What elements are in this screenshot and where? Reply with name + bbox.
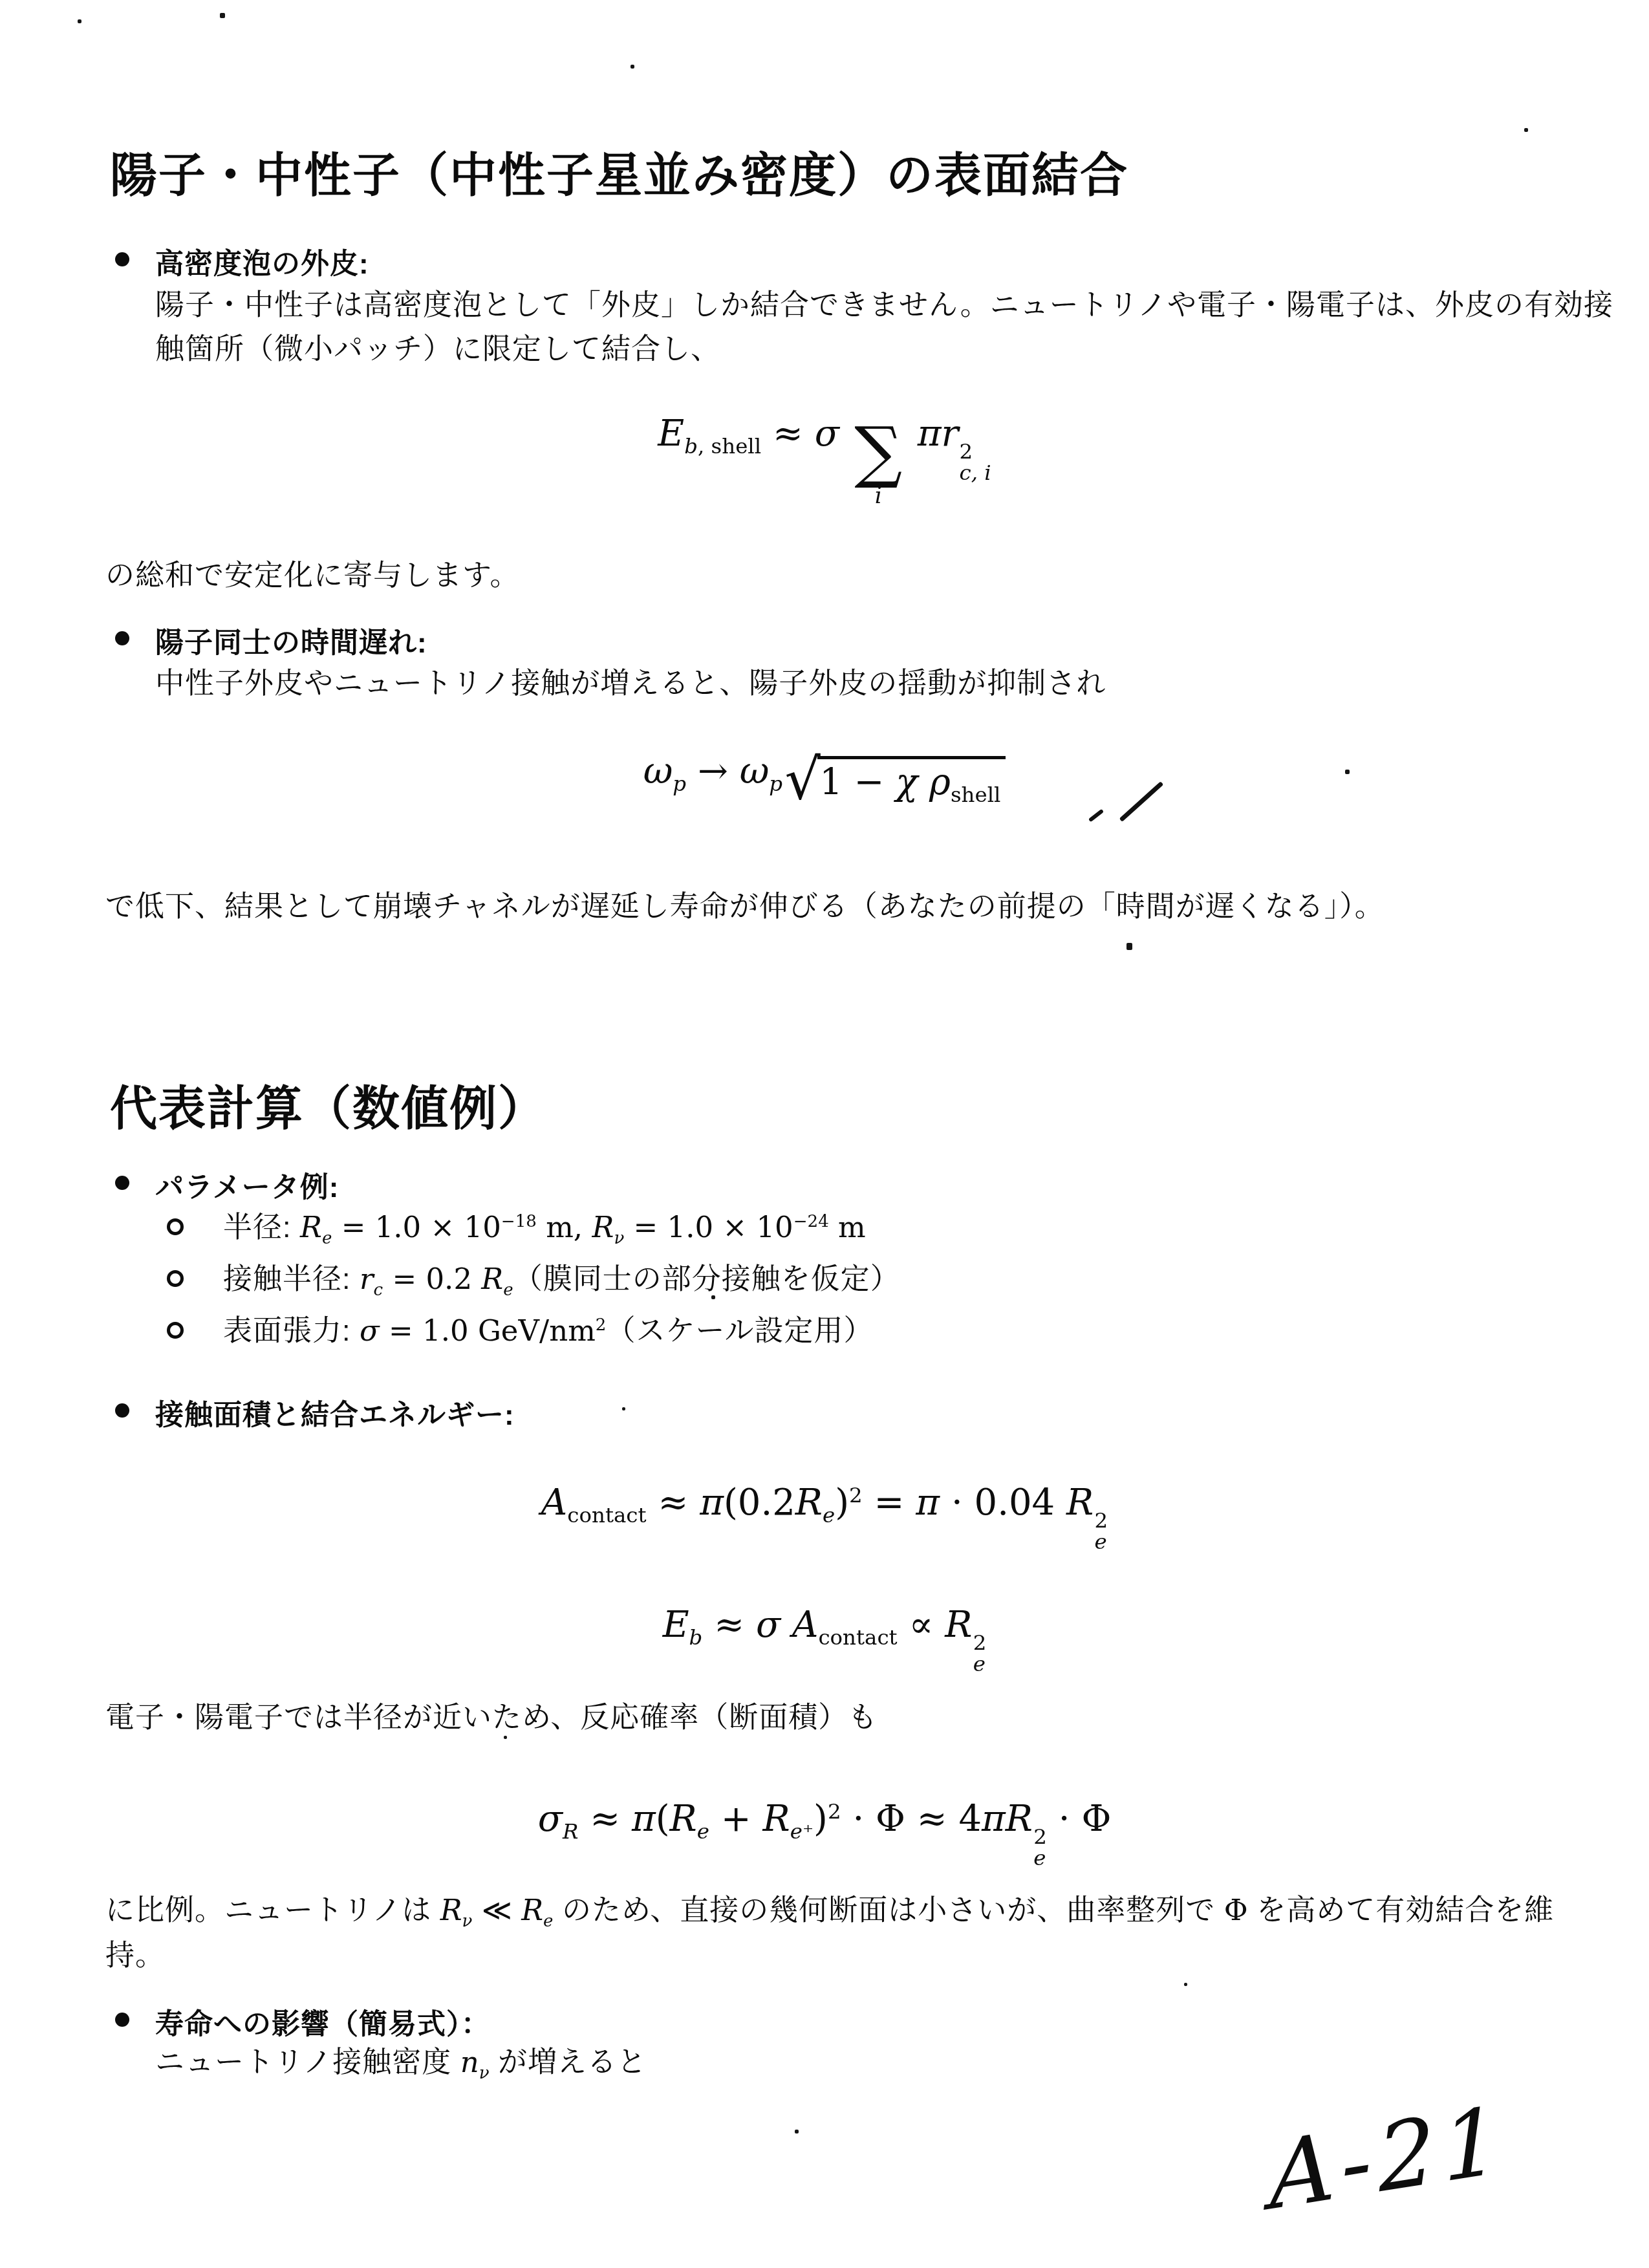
bullet1-line1: 陽子・中性子は高密度泡として「外皮」しか結合できません。ニュートリノや電子・陽電… — [155, 283, 1613, 327]
bullet2-line1: 中性子外皮やニュートリノ接触が増えると、陽子外皮の揺動が抑制され — [155, 662, 1106, 706]
scan-speck — [795, 2130, 799, 2133]
scan-speck — [220, 13, 225, 18]
param-contact-radius-item: 接触半径: rc = 0.2 Re（膜同士の部分接触を仮定） — [223, 1257, 900, 1303]
scan-speck — [1184, 1983, 1187, 1986]
lifetime-line1: ニュートリノ接触密度 nν が増えると — [155, 2040, 647, 2086]
param-surface-tension-item: 表面張力: σ = 1.0 GeV/nm2（スケール設定用） — [223, 1309, 874, 1353]
scan-speck — [1126, 943, 1132, 950]
params-heading: パラメータ例: — [155, 1164, 339, 1205]
electron-positron-line: 電子・陽電子では半径が近いため、反応確率（断面積）も — [105, 1696, 878, 1740]
bullet-dot — [115, 252, 129, 266]
bullet2-heading: 陽子同士の時間遅れ: — [155, 620, 427, 661]
bullet1-heading: 高密度泡の外皮: — [155, 241, 369, 282]
bullet-dot — [115, 631, 129, 645]
scan-speck — [1345, 770, 1350, 774]
scanned-document-page: 陽子・中性子（中性子星並み密度）の表面結合 高密度泡の外皮: 陽子・中性子は高密… — [0, 0, 1649, 2268]
proportional-line2: 持。 — [105, 1934, 165, 1978]
bullet-dot — [115, 1403, 129, 1418]
section2-title: 代表計算（数値例） — [110, 1070, 546, 1138]
contact-heading: 接触面積と結合エネルギー: — [155, 1392, 515, 1433]
bullet-dot — [115, 2013, 129, 2027]
after-formula1-text: の総和で安定化に寄与します。 — [105, 554, 519, 598]
param-radius-item: 半径: Re = 1.0 × 10−18 m, Rν = 1.0 × 10−24… — [223, 1205, 866, 1251]
scan-speck — [1524, 128, 1528, 132]
scan-speck — [504, 1736, 507, 1739]
scan-speck — [622, 1407, 625, 1410]
scan-speck — [78, 19, 81, 23]
after-formula2-text: で低下、結果として崩壊チャネルが遅延し寿命が伸びる（あなたの前提の「時間が遅くな… — [105, 885, 1385, 929]
handwritten-page-label: A-21 — [1266, 2086, 1509, 2231]
bullet-dot — [115, 1176, 129, 1190]
sub-bullet-circle — [167, 1322, 184, 1339]
bullet1-line2: 触箇所（微小パッチ）に限定して結合し、 — [155, 327, 720, 371]
formula-omega-shift: ωp → ωp√1 − χ ρshell — [0, 751, 1649, 807]
scan-speck — [630, 65, 634, 69]
formula-binding-energy: Eb ≈ σ Acontact ∝ R2e — [0, 1605, 1649, 1675]
formula-reaction-cross-section: σR ≈ π(Re + Re⁺)2 · Φ ≈ 4πR2e · Φ — [0, 1799, 1649, 1869]
section1-title: 陽子・中性子（中性子星並み密度）の表面結合 — [110, 137, 1128, 205]
formula-shell-binding-energy: Eb, shell ≈ σ ∑i πr2c, i — [0, 414, 1649, 508]
proportional-line1: に比例。ニュートリノは Rν ≪ Re のため、直接の幾何断面は小さいが、曲率整… — [105, 1888, 1554, 1934]
pen-mark — [1088, 809, 1104, 823]
scan-speck — [711, 1295, 715, 1299]
sub-bullet-circle — [167, 1218, 184, 1235]
lifetime-heading: 寿命への影響（簡易式）： — [155, 2001, 490, 2042]
formula-contact-area: Acontact ≈ π(0.2Re)2 = π · 0.04 R2e — [0, 1483, 1649, 1553]
sub-bullet-circle — [167, 1270, 184, 1287]
